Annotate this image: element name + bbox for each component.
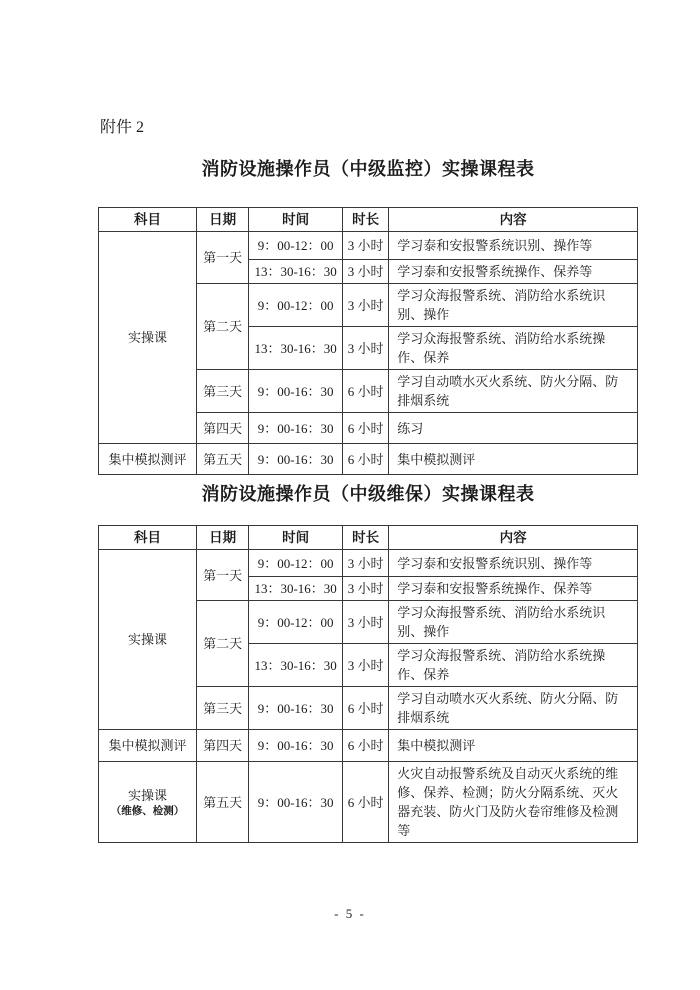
col-header-time: 时间 [249, 526, 343, 550]
content-cell: 学习泰和安报警系统操作、保养等 [389, 577, 638, 601]
content-cell: 学习自动喷水灭火系统、防火分隔、防排烟系统 [389, 687, 638, 730]
subject-cell: 实操课 [99, 232, 197, 444]
schedule-table-maintenance: 科目 日期 时间 时长 内容 实操课 第一天 9：00-12：00 3 小时 学… [98, 525, 638, 843]
page-number: - 5 - [0, 906, 700, 922]
col-header-date: 日期 [197, 208, 249, 232]
content-cell: 集中模拟测评 [389, 730, 638, 762]
subject-cell: 集中模拟测评 [99, 444, 197, 475]
time-cell: 9：00-16：30 [249, 762, 343, 843]
time-cell: 13：30-16：30 [249, 327, 343, 370]
attachment-label: 附件 2 [100, 117, 638, 139]
content-cell: 火灾自动报警系统及自动灭火系统的维修、保养、检测；防火分隔系统、灭火器充装、防火… [389, 762, 638, 843]
table-row: 实操课 第一天 9：00-12：00 3 小时 学习泰和安报警系统识别、操作等 [99, 232, 638, 260]
duration-cell: 6 小时 [343, 730, 389, 762]
time-cell: 9：00-16：30 [249, 370, 343, 413]
col-header-time: 时间 [249, 208, 343, 232]
subject-cell: 实操课 （维修、检测） [99, 762, 197, 843]
content-cell: 学习自动喷水灭火系统、防火分隔、防排烟系统 [389, 370, 638, 413]
duration-cell: 3 小时 [343, 577, 389, 601]
col-header-duration: 时长 [343, 208, 389, 232]
col-header-duration: 时长 [343, 526, 389, 550]
day-cell: 第五天 [197, 762, 249, 843]
duration-cell: 3 小时 [343, 550, 389, 577]
content-cell: 练习 [389, 413, 638, 444]
time-cell: 9：00-16：30 [249, 730, 343, 762]
document-page: 附件 2 消防设施操作员（中级监控）实操课程表 科目 日期 时间 时长 内容 实… [98, 117, 638, 843]
table-title-monitoring: 消防设施操作员（中级监控）实操课程表 [98, 156, 638, 182]
table-title-maintenance: 消防设施操作员（中级维保）实操课程表 [98, 481, 638, 507]
duration-cell: 3 小时 [343, 260, 389, 284]
duration-cell: 6 小时 [343, 370, 389, 413]
table-row: 集中模拟测评 第五天 9：00-16：30 6 小时 集中模拟测评 [99, 444, 638, 475]
content-cell: 学习泰和安报警系统操作、保养等 [389, 260, 638, 284]
day-cell: 第二天 [197, 284, 249, 370]
day-cell: 第三天 [197, 687, 249, 730]
content-cell: 学习泰和安报警系统识别、操作等 [389, 550, 638, 577]
header-row: 科目 日期 时间 时长 内容 [99, 208, 638, 232]
duration-cell: 6 小时 [343, 762, 389, 843]
col-header-subject: 科目 [99, 208, 197, 232]
schedule-table-monitoring: 科目 日期 时间 时长 内容 实操课 第一天 9：00-12：00 3 小时 学… [98, 207, 638, 475]
col-header-subject: 科目 [99, 526, 197, 550]
duration-cell: 6 小时 [343, 413, 389, 444]
duration-cell: 3 小时 [343, 232, 389, 260]
table-row: 实操课 第一天 9：00-12：00 3 小时 学习泰和安报警系统识别、操作等 [99, 550, 638, 577]
time-cell: 13：30-16：30 [249, 644, 343, 687]
col-header-content: 内容 [389, 526, 638, 550]
content-cell: 集中模拟测评 [389, 444, 638, 475]
duration-cell: 3 小时 [343, 327, 389, 370]
table-row: 实操课 （维修、检测） 第五天 9：00-16：30 6 小时 火灾自动报警系统… [99, 762, 638, 843]
day-cell: 第二天 [197, 601, 249, 687]
duration-cell: 3 小时 [343, 601, 389, 644]
col-header-date: 日期 [197, 526, 249, 550]
duration-cell: 6 小时 [343, 687, 389, 730]
time-cell: 9：00-12：00 [249, 232, 343, 260]
time-cell: 13：30-16：30 [249, 577, 343, 601]
table-row: 集中模拟测评 第四天 9：00-16：30 6 小时 集中模拟测评 [99, 730, 638, 762]
subject-cell: 实操课 [99, 550, 197, 730]
duration-cell: 6 小时 [343, 444, 389, 475]
time-cell: 9：00-12：00 [249, 601, 343, 644]
day-cell: 第三天 [197, 370, 249, 413]
subject-note: （维修、检测） [103, 805, 192, 819]
header-row: 科目 日期 时间 时长 内容 [99, 526, 638, 550]
time-cell: 9：00-16：30 [249, 413, 343, 444]
subject-cell: 集中模拟测评 [99, 730, 197, 762]
time-cell: 9：00-12：00 [249, 550, 343, 577]
day-cell: 第四天 [197, 413, 249, 444]
time-cell: 9：00-16：30 [249, 444, 343, 475]
time-cell: 13：30-16：30 [249, 260, 343, 284]
duration-cell: 3 小时 [343, 284, 389, 327]
content-cell: 学习众海报警系统、消防给水系统操作、保养 [389, 644, 638, 687]
content-cell: 学习泰和安报警系统识别、操作等 [389, 232, 638, 260]
day-cell: 第四天 [197, 730, 249, 762]
subject-label: 实操课 [103, 786, 192, 805]
day-cell: 第一天 [197, 550, 249, 601]
duration-cell: 3 小时 [343, 644, 389, 687]
col-header-content: 内容 [389, 208, 638, 232]
content-cell: 学习众海报警系统、消防给水系统操作、保养 [389, 327, 638, 370]
content-cell: 学习众海报警系统、消防给水系统识别、操作 [389, 284, 638, 327]
content-cell: 学习众海报警系统、消防给水系统识别、操作 [389, 601, 638, 644]
time-cell: 9：00-12：00 [249, 284, 343, 327]
time-cell: 9：00-16：30 [249, 687, 343, 730]
day-cell: 第五天 [197, 444, 249, 475]
day-cell: 第一天 [197, 232, 249, 284]
